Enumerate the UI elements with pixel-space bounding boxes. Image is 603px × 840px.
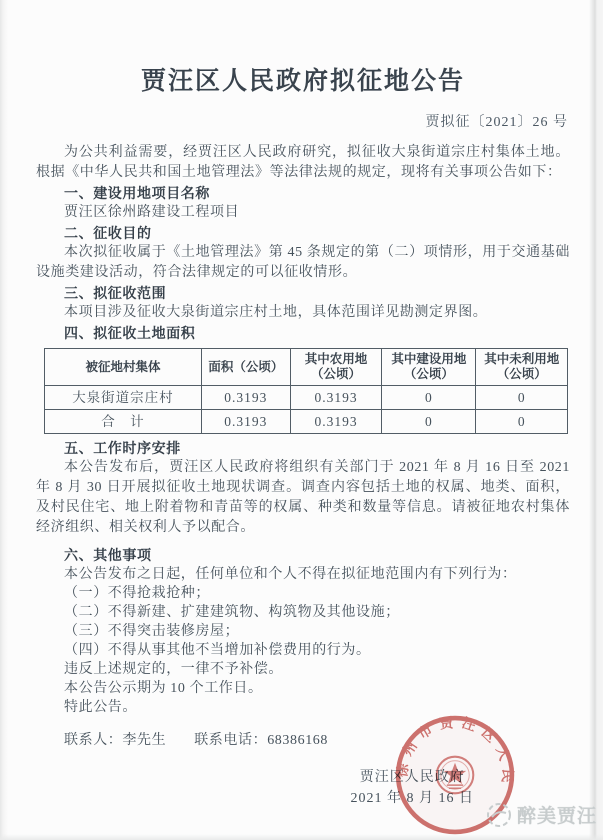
table-cell: 0 bbox=[476, 410, 568, 434]
section-paragraph: 贾汪区徐州路建设工程项目 bbox=[36, 203, 570, 223]
closing-line: 特此公告。 bbox=[36, 698, 570, 717]
scan-edge-bottom bbox=[0, 834, 603, 840]
section-paragraph: 违反上述规定的，一律不予补偿。 bbox=[36, 660, 570, 679]
section-heading-3: 三、拟征收范围 bbox=[36, 283, 570, 303]
table-row: 大泉街道宗庄村 0.3193 0.3193 0 0 bbox=[45, 386, 568, 410]
watermark-logo-icon bbox=[486, 802, 512, 828]
table-cell: 0 bbox=[476, 386, 568, 410]
scanned-notice-page: 贾汪区人民政府拟征地公告 贾拟征〔2021〕26 号 为公共利益需要，经贾汪区人… bbox=[0, 0, 603, 840]
contact-line: 联系人：李先生联系电话：68386168 bbox=[36, 731, 570, 751]
watermark-text: 醉美贾汪 bbox=[517, 801, 597, 828]
table-header-cell: 面积（公顷） bbox=[201, 349, 290, 386]
section-paragraph: 本公告发布之日起，任何单位和个人不得在拟征地范围内有下列行为： bbox=[36, 565, 570, 584]
document-number: 贾拟征〔2021〕26 号 bbox=[36, 114, 570, 132]
intro-paragraph: 为公共利益需要，经贾汪区人民政府研究，拟征收大泉街道宗庄村集体土地。根据《中华人… bbox=[36, 143, 570, 183]
contact-phone: 联系电话：68386168 bbox=[194, 733, 328, 748]
section-heading-5: 五、工作时序安排 bbox=[36, 438, 570, 458]
notice-period-line: 本公告公示期为 10 个工作日。 bbox=[36, 679, 570, 698]
table-cell: 0.3193 bbox=[201, 386, 290, 410]
section-paragraph: 本项目涉及征收大泉街道宗庄村土地，具体范围详见勘测定界图。 bbox=[36, 303, 570, 323]
section-paragraph: 本次拟征收属于《土地管理法》第 45 条规定的第（二）项情形，用于交通基础设施类… bbox=[36, 243, 570, 283]
watermark: 醉美贾汪 bbox=[486, 801, 597, 828]
section-heading-4: 四、拟征收土地面积 bbox=[36, 323, 570, 343]
section-heading-6: 六、其他事项 bbox=[36, 545, 570, 565]
table-cell: 0 bbox=[382, 410, 476, 434]
signature-date: 2021 年 8 月 16 日 bbox=[351, 788, 475, 809]
notice-content: 贾汪区人民政府拟征地公告 贾拟征〔2021〕26 号 为公共利益需要，经贾汪区人… bbox=[0, 0, 603, 809]
section-heading-2: 二、征收目的 bbox=[36, 223, 570, 243]
land-area-table: 被征地村集体 面积（公顷） 其中农用地（公顷） 其中建设用地（公顷） 其中未利用… bbox=[44, 348, 568, 434]
table-header-cell: 被征地村集体 bbox=[45, 349, 202, 386]
table-header-cell: 其中建设用地（公顷） bbox=[382, 349, 476, 386]
signature-issuer: 贾汪区人民政府 bbox=[351, 767, 475, 788]
table-cell: 0.3193 bbox=[201, 410, 290, 434]
prohibition-item-2: （二）不得新建、扩建建筑物、构筑物及其他设施； bbox=[36, 603, 570, 622]
table-cell: 大泉街道宗庄村 bbox=[45, 386, 202, 410]
table-header-row: 被征地村集体 面积（公顷） 其中农用地（公顷） 其中建设用地（公顷） 其中未利用… bbox=[45, 349, 568, 386]
page-title: 贾汪区人民政府拟征地公告 bbox=[36, 0, 570, 98]
table-row-total: 合 计 0.3193 0.3193 0 0 bbox=[45, 410, 568, 434]
prohibition-item-1: （一）不得抢栽抢种； bbox=[36, 584, 570, 603]
table-header-cell: 其中农用地（公顷） bbox=[290, 349, 382, 386]
contact-person: 联系人：李先生 bbox=[64, 733, 166, 748]
section-paragraph: 本公告发布后，贾汪区人民政府将组织有关部门于 2021 年 8 月 16 日至 … bbox=[36, 458, 570, 538]
section-heading-1: 一、建设用地项目名称 bbox=[36, 183, 570, 203]
table-cell: 合 计 bbox=[45, 410, 202, 434]
table-header-cell: 其中未利用地（公顷） bbox=[476, 349, 568, 386]
table-cell: 0 bbox=[382, 386, 476, 410]
table-cell: 0.3193 bbox=[290, 386, 382, 410]
prohibition-item-3: （三）不得突击装修房屋； bbox=[36, 622, 570, 641]
prohibition-item-4: （四）不得从事其他不当增加补偿费用的行为。 bbox=[36, 641, 570, 660]
table-cell: 0.3193 bbox=[290, 410, 382, 434]
